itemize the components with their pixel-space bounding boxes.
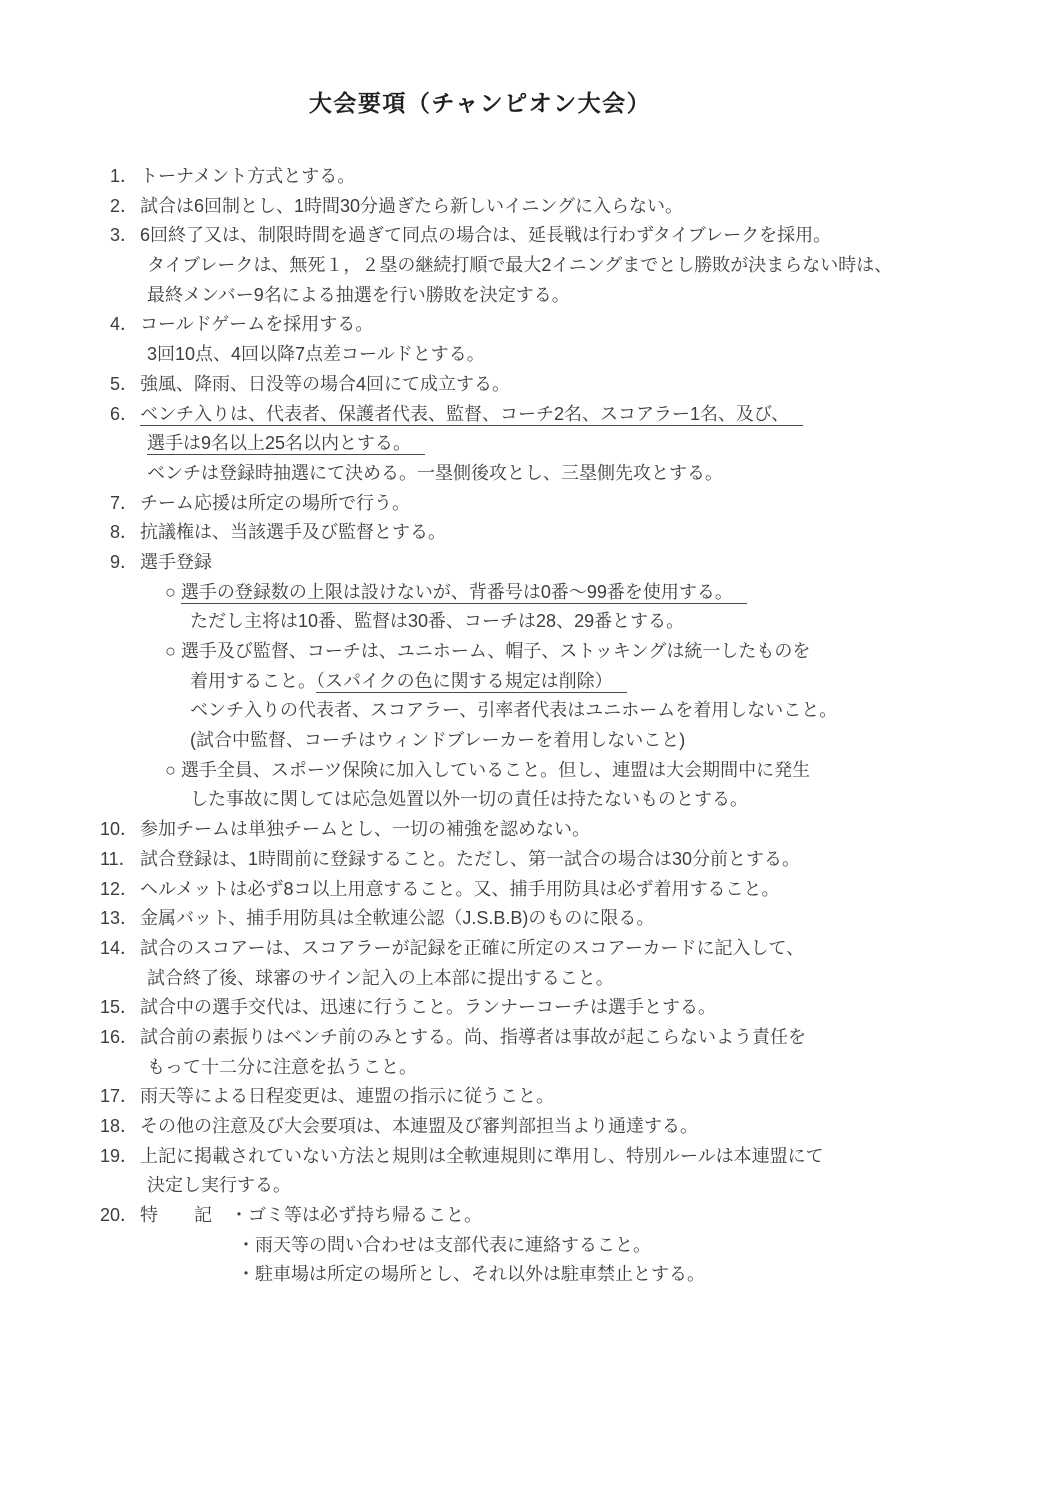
- text-segment: 参加チームは単独チームとし、一切の補強を認めない。: [140, 819, 590, 839]
- item-number: 16．: [100, 1023, 140, 1053]
- doc-line: 4．コールドゲームを採用する。: [0, 310, 1058, 340]
- doc-line: (試合中監督、コーチはウィンドブレーカーを着用しないこと): [0, 726, 1058, 756]
- text-segment: ○: [165, 582, 181, 602]
- text-segment: 選手及び監督、コーチは、ユニホーム、帽子、ストッキングは統一したものを: [181, 641, 810, 661]
- text-segment: ○: [165, 760, 181, 780]
- doc-line: した事故に関しては応急処置以外一切の責任は持たないものとする。: [0, 785, 1058, 815]
- doc-line: 5．強風、降雨、日没等の場合4回にて成立する。: [0, 370, 1058, 400]
- text-segment: 雨天等による日程変更は、連盟の指示に従うこと。: [140, 1086, 554, 1106]
- doc-line: 13．金属バット、捕手用防具は全軟連公認（J.S.B.B)のものに限る。: [0, 904, 1058, 934]
- item-number: 17．: [100, 1082, 140, 1112]
- doc-line: 20．特 記 ・ゴミ等は必ず持ち帰ること。: [0, 1201, 1058, 1231]
- text-segment: 着用すること。: [190, 671, 316, 691]
- doc-line: 12．ヘルメットは必ず8コ以上用意すること。又、捕手用防具は必ず着用すること。: [0, 875, 1058, 905]
- doc-line: ・雨天等の問い合わせは支部代表に連絡すること。: [0, 1231, 1058, 1261]
- doc-line: 8．抗議権は、当該選手及び監督とする。: [0, 518, 1058, 548]
- text-segment: した事故に関しては応急処置以外一切の責任は持たないものとする。: [190, 789, 748, 809]
- text-segment: ベンチは登録時抽選にて決める。一塁側後攻とし、三塁側先攻とする。: [147, 463, 723, 483]
- item-number: 18．: [100, 1112, 140, 1142]
- text-segment: 6回終了又は、制限時間を過ぎて同点の場合は、延長戦は行わずタイブレークを採用。: [140, 225, 831, 245]
- item-number: 15．: [100, 993, 140, 1023]
- text-segment: 試合登録は、1時間前に登録すること。ただし、第一試合の場合は30分前とする。: [140, 849, 800, 869]
- text-segment: もって十二分に注意を払うこと。: [147, 1057, 417, 1077]
- underlined-text: 選手は9名以上25名以内とする。: [147, 433, 425, 455]
- doc-line: 17．雨天等による日程変更は、連盟の指示に従うこと。: [0, 1082, 1058, 1112]
- item-number: 7．: [110, 489, 140, 519]
- document-page: 大会要項（チャンピオン大会） 1．トーナメント方式とする。2．試合は6回制とし、…: [0, 0, 1058, 1497]
- doc-line: もって十二分に注意を払うこと。: [0, 1053, 1058, 1083]
- item-number: 10．: [100, 815, 140, 845]
- doc-line: 10．参加チームは単独チームとし、一切の補強を認めない。: [0, 815, 1058, 845]
- doc-line: タイブレークは、無死１，２塁の継続打順で最大2イニングまでとし勝敗が決まらない時…: [0, 251, 1058, 281]
- doc-line: 11．試合登録は、1時間前に登録すること。ただし、第一試合の場合は30分前とする…: [0, 845, 1058, 875]
- text-segment: ・雨天等の問い合わせは支部代表に連絡すること。: [237, 1235, 651, 1255]
- text-segment: コールドゲームを採用する。: [140, 314, 373, 334]
- text-segment: チーム応援は所定の場所で行う。: [140, 493, 410, 513]
- underlined-text: （スパイクの色に関する規定は削除）: [316, 671, 627, 693]
- doc-line: 19．上記に掲載されていない方法と規則は全軟連規則に準用し、特別ルールは本連盟に…: [0, 1142, 1058, 1172]
- doc-line: ・駐車場は所定の場所とし、それ以外は駐車禁止とする。: [0, 1260, 1058, 1290]
- text-segment: 上記に掲載されていない方法と規則は全軟連規則に準用し、特別ルールは本連盟にて: [140, 1146, 824, 1166]
- text-segment: 金属バット、捕手用防具は全軟連公認（J.S.B.B)のものに限る。: [140, 908, 654, 928]
- doc-line: 14．試合のスコアーは、スコアラーが記録を正確に所定のスコアーカードに記入して、: [0, 934, 1058, 964]
- doc-line: 選手は9名以上25名以内とする。: [0, 429, 1058, 459]
- text-segment: (試合中監督、コーチはウィンドブレーカーを着用しないこと): [190, 730, 685, 750]
- doc-line: ○ 選手全員、スポーツ保険に加入していること。但し、連盟は大会期間中に発生: [0, 756, 1058, 786]
- doc-line: 18．その他の注意及び大会要項は、本連盟及び審判部担当より通達する。: [0, 1112, 1058, 1142]
- doc-line: 9．選手登録: [0, 548, 1058, 578]
- page-title: 大会要項（チャンピオン大会）: [100, 86, 860, 120]
- doc-line: ただし主将は10番、監督は30番、コーチは28、29番とする。: [0, 607, 1058, 637]
- doc-line: 6．ベンチ入りは、代表者、保護者代表、監督、コーチ2名、スコアラー1名、及び、: [0, 400, 1058, 430]
- text-segment: ヘルメットは必ず8コ以上用意すること。又、捕手用防具は必ず着用すること。: [140, 879, 779, 899]
- item-number: 8．: [110, 518, 140, 548]
- item-number: 14．: [100, 934, 140, 964]
- text-segment: ただし主将は10番、監督は30番、コーチは28、29番とする。: [190, 611, 684, 631]
- doc-line: ○ 選手及び監督、コーチは、ユニホーム、帽子、ストッキングは統一したものを: [0, 637, 1058, 667]
- text-segment: 最終メンバー9名による抽選を行い勝敗を決定する。: [147, 285, 570, 305]
- item-number: 2．: [110, 192, 140, 222]
- item-number: 13．: [100, 904, 140, 934]
- text-segment: 選手登録: [140, 552, 212, 572]
- text-segment: トーナメント方式とする。: [140, 166, 355, 186]
- item-number: 4．: [110, 310, 140, 340]
- doc-line: 着用すること。（スパイクの色に関する規定は削除）: [0, 667, 1058, 697]
- text-segment: 試合前の素振りはベンチ前のみとする。尚、指導者は事故が起こらないよう責任を: [140, 1027, 806, 1047]
- item-number: 5．: [110, 370, 140, 400]
- text-segment: 抗議権は、当該選手及び監督とする。: [140, 522, 446, 542]
- item-number: 6．: [110, 400, 140, 430]
- text-segment: ベンチ入りの代表者、スコアラー、引率者代表はユニホームを着用しないこと。: [190, 700, 837, 720]
- underlined-text: 選手の登録数の上限は設けないが、背番号は0番～99番を使用する。: [181, 582, 747, 604]
- item-number: 19．: [100, 1142, 140, 1172]
- text-segment: ・駐車場は所定の場所とし、それ以外は駐車禁止とする。: [237, 1264, 705, 1284]
- text-segment: 決定し実行する。: [147, 1175, 291, 1195]
- doc-line: ○ 選手の登録数の上限は設けないが、背番号は0番～99番を使用する。: [0, 578, 1058, 608]
- doc-line: 3回10点、4回以降7点差コールドとする。: [0, 340, 1058, 370]
- item-number: 20．: [100, 1201, 140, 1231]
- text-segment: 3回10点、4回以降7点差コールドとする。: [147, 344, 485, 364]
- item-number: 12．: [100, 875, 140, 905]
- item-number: 1．: [110, 162, 140, 192]
- item-number: 11．: [100, 845, 140, 875]
- doc-line: 3．6回終了又は、制限時間を過ぎて同点の場合は、延長戦は行わずタイブレークを採用…: [0, 221, 1058, 251]
- text-segment: 特 記 ・ゴミ等は必ず持ち帰ること。: [140, 1205, 482, 1225]
- text-segment: 選手全員、スポーツ保険に加入していること。但し、連盟は大会期間中に発生: [181, 760, 810, 780]
- item-number: 3．: [110, 221, 140, 251]
- text-segment: 強風、降雨、日没等の場合4回にて成立する。: [140, 374, 510, 394]
- doc-line: 16．試合前の素振りはベンチ前のみとする。尚、指導者は事故が起こらないよう責任を: [0, 1023, 1058, 1053]
- text-segment: 試合終了後、球審のサイン記入の上本部に提出すること。: [147, 968, 614, 988]
- text-segment: その他の注意及び大会要項は、本連盟及び審判部担当より通達する。: [140, 1116, 698, 1136]
- underlined-text: ベンチ入りは、代表者、保護者代表、監督、コーチ2名、スコアラー1名、及び、: [140, 404, 803, 426]
- doc-line: 決定し実行する。: [0, 1171, 1058, 1201]
- doc-line: 15．試合中の選手交代は、迅速に行うこと。ランナーコーチは選手とする。: [0, 993, 1058, 1023]
- doc-line: 最終メンバー9名による抽選を行い勝敗を決定する。: [0, 281, 1058, 311]
- doc-line: 2．試合は6回制とし、1時間30分過ぎたら新しいイニングに入らない。: [0, 192, 1058, 222]
- document-body: 1．トーナメント方式とする。2．試合は6回制とし、1時間30分過ぎたら新しいイニ…: [0, 162, 1058, 1290]
- text-segment: 試合のスコアーは、スコアラーが記録を正確に所定のスコアーカードに記入して、: [140, 938, 804, 958]
- doc-line: ベンチは登録時抽選にて決める。一塁側後攻とし、三塁側先攻とする。: [0, 459, 1058, 489]
- item-number: 9．: [110, 548, 140, 578]
- doc-line: 7．チーム応援は所定の場所で行う。: [0, 489, 1058, 519]
- text-segment: 試合は6回制とし、1時間30分過ぎたら新しいイニングに入らない。: [140, 196, 683, 216]
- doc-line: ベンチ入りの代表者、スコアラー、引率者代表はユニホームを着用しないこと。: [0, 696, 1058, 726]
- text-segment: ○: [165, 641, 181, 661]
- text-segment: 試合中の選手交代は、迅速に行うこと。ランナーコーチは選手とする。: [140, 997, 716, 1017]
- text-segment: タイブレークは、無死１，２塁の継続打順で最大2イニングまでとし勝敗が決まらない時…: [147, 255, 892, 275]
- doc-line: 1．トーナメント方式とする。: [0, 162, 1058, 192]
- doc-line: 試合終了後、球審のサイン記入の上本部に提出すること。: [0, 964, 1058, 994]
